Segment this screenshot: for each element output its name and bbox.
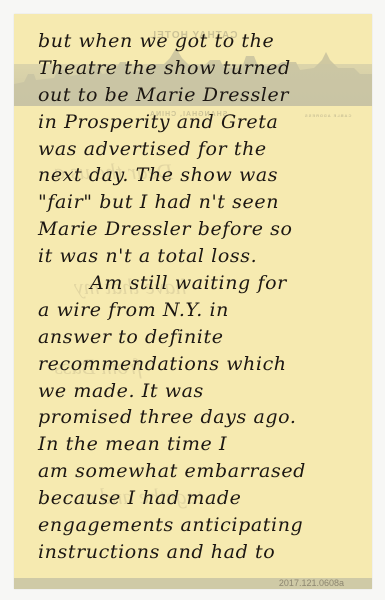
letter-line: we made. It was — [38, 378, 368, 405]
letter-line: am somewhat embarrased — [38, 458, 368, 485]
letter-line: a wire from N.Y. in — [38, 297, 368, 324]
letter-line: but when we got to the — [38, 28, 368, 55]
letter-line: next day. The show was — [38, 162, 368, 189]
document-viewer: CATHAY HOTEL SHANGHAI, CHINA CABLE ADDRE… — [0, 0, 385, 600]
letter-line: instructions and had to — [38, 539, 368, 566]
letter-line: was advertised for the — [38, 136, 368, 163]
letter-line: "fair" but I had n't seen — [38, 189, 368, 216]
letter-line: recommendations which — [38, 351, 368, 378]
letter-line: out to be Marie Dressler — [38, 82, 368, 109]
letter-line: engagements anticipating — [38, 512, 368, 539]
letter-line: promised three days ago. — [38, 404, 368, 431]
letter-line: because I had made — [38, 485, 368, 512]
letter-line: answer to definite — [38, 324, 368, 351]
letter-line: Theatre the show turned — [38, 55, 368, 82]
catalog-number: 2017.121.0608a — [279, 578, 344, 589]
letter-line: it was n't a total loss. — [38, 243, 368, 270]
letter-line: in Prosperity and Greta — [38, 109, 368, 136]
letter-page: CATHAY HOTEL SHANGHAI, CHINA CABLE ADDRE… — [14, 14, 372, 589]
letter-line: In the mean time I — [38, 431, 368, 458]
letter-line: Am still waiting for — [38, 270, 368, 297]
letter-line: Marie Dressler before so — [38, 216, 368, 243]
letter-body: but when we got to the Theatre the show … — [38, 28, 368, 566]
